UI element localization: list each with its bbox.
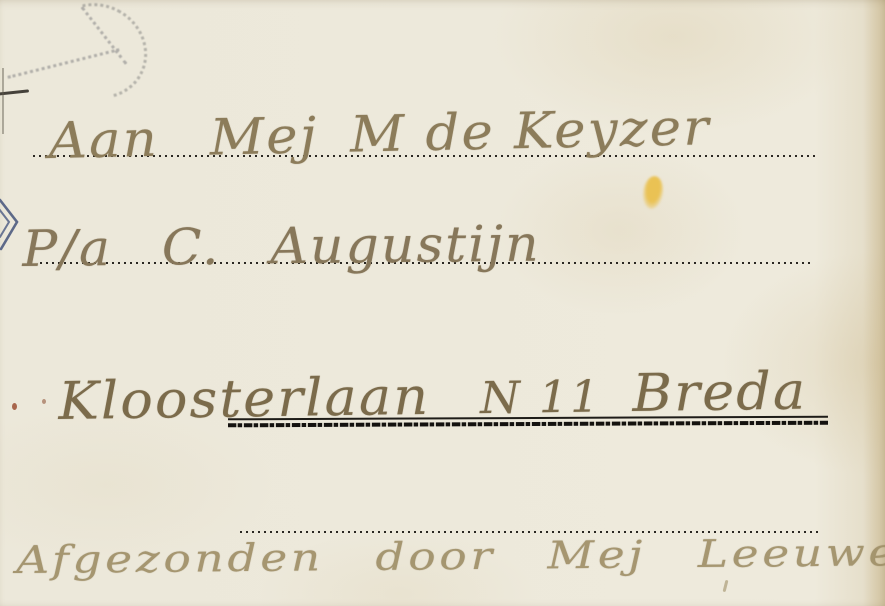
sender-line: Afgezonden door Mej Leeuwenburg. — [16, 529, 885, 582]
stray-ink-flick — [723, 580, 729, 592]
house-number: N 11 — [480, 371, 602, 424]
postcard-scan: AanMejM de Keyzer P/a C. Augustijn Kloos… — [0, 0, 885, 606]
street-name: Kloosterlaan — [58, 367, 431, 432]
red-ink-speck — [12, 403, 17, 410]
paper-crease-line — [2, 68, 4, 134]
recipient-line: AanMejM de Keyzer — [48, 98, 711, 170]
recipient-prefix: Aan — [48, 110, 160, 170]
care-of-line: P/a C. Augustijn — [22, 215, 541, 278]
red-ink-speck — [42, 399, 46, 404]
postmark-remnant — [6, 2, 176, 97]
yellow-stain — [641, 175, 665, 210]
recipient-title: Mej — [209, 106, 319, 166]
city-name: Breda — [632, 362, 808, 424]
recipient-name: M de Keyzer — [349, 98, 711, 164]
blue-crayon-chevron-icon — [0, 196, 22, 256]
postmark-arc — [30, 0, 164, 116]
street-line: KloosterlaanN 11Breda — [58, 362, 808, 432]
